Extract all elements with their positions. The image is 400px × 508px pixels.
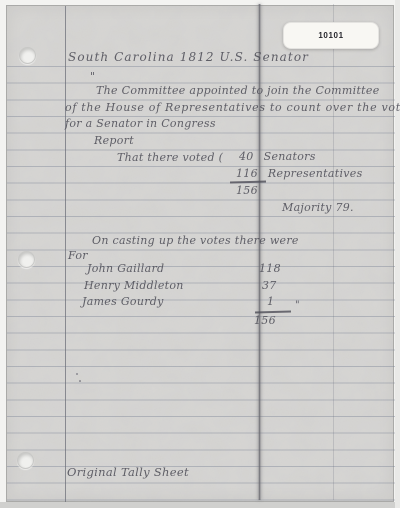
- catalog-number: 10101: [318, 31, 343, 40]
- stray-pencil-mark: [76, 373, 78, 375]
- committee-paragraph-line-2: of the House of Representatives to count…: [65, 101, 400, 114]
- punch-hole-top: [19, 47, 36, 64]
- catalog-sticker: 10101: [283, 22, 379, 49]
- candidate-votes: 1: [267, 295, 274, 308]
- representatives-count-line: 116Representatives: [236, 167, 363, 180]
- casting-intro: On casting up the votes there were: [92, 234, 299, 247]
- candidate-name: James Gourdy: [82, 295, 164, 308]
- faint-fold-crease: [333, 4, 334, 500]
- punch-hole-bottom: [17, 452, 34, 469]
- candidate-name: John Gaillard: [87, 262, 164, 275]
- candidate-votes: 118: [259, 262, 281, 275]
- scan-right-edge: [395, 0, 400, 508]
- representatives-count: 116: [236, 167, 258, 180]
- majority-line: Majority 79.: [282, 201, 354, 214]
- vertical-fold-crease: [258, 4, 261, 500]
- voted-intro: That there voted (: [117, 151, 223, 164]
- attendance-total: 156: [236, 184, 258, 197]
- tally-total: 156: [254, 314, 276, 327]
- punch-hole-middle: [18, 251, 35, 268]
- senators-count-line: 40Senators: [239, 150, 316, 163]
- report-label: Report: [94, 134, 134, 147]
- left-margin-line: [65, 6, 66, 502]
- candidate-name: Henry Middleton: [84, 279, 184, 292]
- footer-tally-sheet-label: Original Tally Sheet: [67, 465, 189, 479]
- committee-paragraph-line-3: for a Senator in Congress: [65, 117, 216, 130]
- for-label: For: [68, 249, 88, 262]
- candidate-votes: 37: [262, 279, 277, 292]
- senators-count: 40: [239, 150, 254, 163]
- representatives-label: Representatives: [268, 167, 363, 180]
- senators-label: Senators: [264, 150, 316, 163]
- scanned-document: 10101 South Carolina 1812 U.S. Senator "…: [0, 0, 400, 508]
- ditto-mark: ": [295, 300, 300, 311]
- opening-quote-mark: ": [90, 70, 95, 83]
- committee-paragraph-line-1: The Committee appointed to join the Comm…: [96, 84, 380, 97]
- stray-pencil-mark: [79, 380, 81, 382]
- scan-bottom-edge: [0, 502, 400, 508]
- document-title: South Carolina 1812 U.S. Senator: [68, 50, 309, 64]
